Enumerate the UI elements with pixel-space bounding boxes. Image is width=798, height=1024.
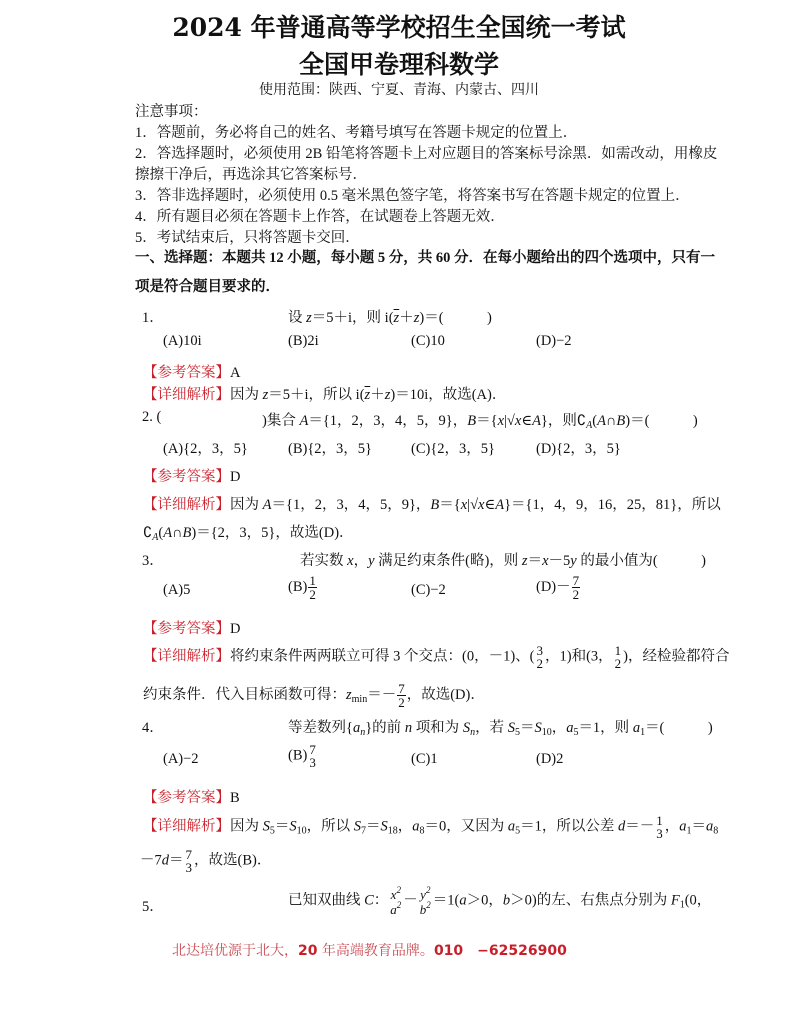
answer-label: 【参考答案】 — [143, 469, 230, 485]
q5-stem: 已知双曲线 C：x2a2－y2b2＝1(a＞0，b＞0)的左、右焦点分别为 F1… — [288, 886, 711, 916]
q3-option-a: (A)5 — [163, 582, 190, 599]
exam-subtitle: 全国甲卷理科数学 — [0, 45, 798, 81]
q4-option-b: (B)73 — [288, 743, 318, 769]
q2-analysis-line2: ∁A(A∩B)＝{2，3，5}，故选(D)． — [143, 521, 354, 543]
q4-analysis-line1: 【详细解析】因为 S5＝S10，所以 S7＝S18，a8＝0，又因为 a5＝1，… — [143, 814, 718, 840]
q3-analysis-line2: 约束条件．代入目标函数可得：zmin＝－72，故选(D)． — [143, 682, 485, 709]
q3-option-c: (C)−2 — [411, 582, 446, 599]
q3-answer: 【参考答案】D — [143, 617, 240, 638]
scope-text: 使用范围：陕西、宁夏、青海、内蒙古、四川 — [0, 79, 798, 99]
answer-label: 【参考答案】 — [143, 790, 230, 806]
analysis-label: 【详细解析】 — [143, 387, 230, 403]
section-heading-line2: 项是符合题目要求的． — [135, 275, 280, 296]
analysis-label: 【详细解析】 — [143, 648, 230, 664]
q4-answer: 【参考答案】B — [143, 786, 240, 807]
notice-item-2-cont: 擦擦干净后，再选涂其它答案标号． — [135, 163, 367, 184]
footer-promo: 北达培优源于北大，20 年高端教育品牌。010 −62526900 — [172, 940, 567, 960]
analysis-label: 【详细解析】 — [143, 818, 230, 834]
notice-item-5: 5．考试结束后，只将答题卡交回． — [135, 226, 360, 247]
answer-label: 【参考答案】 — [143, 621, 230, 637]
q3-option-b: (B)12 — [288, 574, 318, 601]
q5-number: 5． — [142, 895, 164, 916]
q1-answer: 【参考答案】A — [143, 361, 240, 382]
q2-analysis-line1: 【详细解析】因为 A＝{1，2，3，4，5，9}，B＝{x|√x∈A}＝{1，4… — [143, 493, 721, 514]
notice-item-2: 2．答选择题时，必须使用 2B 铅笔将答题卡上对应题目的答案标号涂黑．如需改动，… — [135, 142, 717, 163]
notice-item-3: 3．答非选择题时，必须使用 0.5 毫米黑色签字笔，将答案书写在答题卡规定的位置… — [135, 184, 690, 205]
q2-option-a: (A){2，3，5} — [163, 437, 248, 458]
exam-title: 2024 年普通高等学校招生全国统一考试 — [0, 8, 798, 44]
notice-heading: 注意事项： — [135, 100, 208, 121]
q1-analysis: 【详细解析】因为 z＝5＋i，所以 i(z＋z)＝10i，故选(A)． — [143, 383, 506, 404]
q3-option-d: (D)－72 — [536, 574, 581, 601]
notice-item-1: 1．答题前，务必将自己的姓名、考籍号填写在答题卡规定的位置上． — [135, 121, 577, 142]
q4-option-d: (D)2 — [536, 751, 563, 768]
q1-number: 1． — [142, 306, 164, 327]
q1-stem: 设 z＝5＋i，则 i(z＋z)＝( ) — [288, 306, 492, 327]
q2-option-c: (C){2，3，5} — [411, 437, 495, 458]
q1-option-a: (A)10i — [163, 333, 202, 350]
q2-stem: )集合 A＝{1，2，3，4，5，9}，B＝{x|√x∈A}，则∁A(A∩B)＝… — [262, 409, 698, 431]
q4-number: 4． — [142, 716, 164, 737]
q4-stem: 等差数列{an}的前 n 项和为 Sn，若 S5＝S10，a5＝1，则 a1＝(… — [288, 716, 713, 738]
answer-label: 【参考答案】 — [143, 365, 230, 381]
section-heading-line1: 一、选择题：本题共 12 小题，每小题 5 分，共 60 分．在每小题给出的四个… — [135, 246, 715, 267]
q2-answer: 【参考答案】D — [143, 465, 240, 486]
analysis-label: 【详细解析】 — [143, 497, 230, 513]
q1-option-b: (B)2i — [288, 333, 319, 350]
notice-item-4: 4．所有题目必须在答题卡上作答，在试题卷上答题无效． — [135, 205, 505, 226]
q2-option-d: (D){2，3，5} — [536, 437, 621, 458]
q1-option-c: (C)10 — [411, 333, 445, 350]
q4-option-c: (C)1 — [411, 751, 438, 768]
q2-number: 2. ( — [142, 409, 161, 426]
q3-analysis-line1: 【详细解析】将约束条件两两联立可得 3 个交点：(0，－1)、(32，1)和(3… — [143, 644, 729, 670]
q2-option-b: (B){2，3，5} — [288, 437, 372, 458]
q4-analysis-line2: －7d＝73，故选(B)． — [140, 848, 271, 874]
q3-stem: 若实数 x，y 满足约束条件(略)，则 z＝x－5y 的最小值为( ) — [300, 549, 706, 570]
q4-option-a: (A)−2 — [163, 751, 199, 768]
q3-number: 3． — [142, 549, 164, 570]
q1-option-d: (D)−2 — [536, 333, 572, 350]
